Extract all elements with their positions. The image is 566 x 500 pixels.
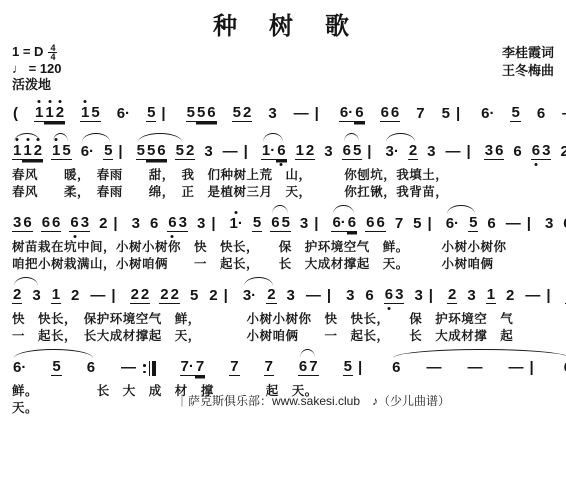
- note: 5: [136, 143, 146, 160]
- note: 1: [80, 105, 90, 122]
- note: 3: [178, 215, 188, 232]
- note: 3: [80, 215, 90, 232]
- lyrics-verse-1: 快 快长， 保护环境空气 鲜， 小树小树你 快 快长， 保 护环境空 气: [12, 311, 554, 328]
- note: 2: [266, 287, 276, 304]
- duration-dash: —: [445, 144, 462, 160]
- barline: |: [427, 216, 433, 232]
- note: 6: [562, 216, 566, 232]
- note: 7: [264, 359, 274, 376]
- barline: |: [428, 288, 434, 304]
- note: 6: [342, 143, 352, 160]
- note: 2: [185, 143, 195, 160]
- note: 3: [426, 144, 436, 160]
- note: 1: [12, 143, 22, 160]
- expression-marking: 活泼地: [12, 77, 62, 93]
- barline: |: [545, 288, 551, 304]
- note: 3: [544, 216, 554, 232]
- note: 3: [31, 288, 41, 304]
- note: 1: [51, 143, 61, 160]
- note: 1: [22, 143, 32, 160]
- note: 5: [103, 143, 113, 160]
- note: 6: [22, 215, 32, 232]
- note: 3: [203, 144, 213, 160]
- note: 5: [441, 106, 451, 122]
- note: 5: [196, 105, 206, 122]
- lyricist-credit: 李桂霞词: [502, 44, 554, 62]
- barline: |: [112, 216, 118, 232]
- note: 3·: [384, 144, 399, 160]
- barline: |: [357, 360, 363, 376]
- lyrics-verse-2: 咱把小树栽满山，小树咱俩 一 起长， 长 大成材撑起 天。 小树咱俩: [12, 256, 554, 273]
- barline: |: [313, 216, 319, 232]
- note: 6: [69, 215, 79, 232]
- note: 6·: [12, 360, 27, 376]
- note: 6: [494, 143, 504, 160]
- note: 2: [242, 105, 252, 122]
- slur-arc: [263, 133, 283, 142]
- note: 5: [343, 359, 353, 376]
- note: 3: [466, 288, 476, 304]
- note: 7·: [180, 359, 195, 376]
- note: 3: [12, 215, 22, 232]
- note: 3: [299, 216, 309, 232]
- note: 6·: [331, 215, 346, 232]
- duration-dash: —: [222, 144, 239, 160]
- barline: |: [526, 216, 532, 232]
- note: 2: [12, 287, 22, 304]
- time-signature: 44: [48, 44, 57, 61]
- slur-arc: [344, 133, 359, 142]
- duration-dash: —: [425, 360, 442, 376]
- note: 5: [232, 105, 242, 122]
- note: 3: [484, 143, 494, 160]
- barline: |: [528, 360, 534, 376]
- note: 1: [486, 287, 496, 304]
- note: 6: [364, 288, 374, 304]
- notation-row: 3666632|36633|1·5653|6·66675|6·56—|36633…: [12, 203, 554, 239]
- note: 2: [33, 143, 43, 160]
- note: 6: [380, 105, 390, 122]
- music-system-2: 112156·5|556523—|1·612365|3·23—|366632| …: [12, 131, 554, 201]
- note: 5: [146, 105, 156, 122]
- note: 6: [391, 360, 401, 376]
- note: 5: [51, 359, 61, 376]
- duration-dash: —: [293, 106, 310, 122]
- barline: |: [366, 144, 372, 160]
- sheet-music-page: 种 树 歌 1 = D44 ♩ = 120 活泼地 李桂霞词 王冬梅曲 (112…: [0, 0, 566, 417]
- note: 2: [130, 287, 140, 304]
- notation-row: 2312—|222252|3·23—|36633|2312—|7·777675|: [12, 275, 554, 311]
- note: 3: [196, 216, 206, 232]
- slur-arc: [386, 133, 415, 142]
- barline: |: [117, 144, 123, 160]
- note: 6: [375, 215, 385, 232]
- parenthesis: (: [12, 106, 19, 122]
- note: 6: [365, 215, 375, 232]
- lyrics-verse-2: 春风 柔， 春雨 绵， 正 是植树三月 天， 你扛锹，我背苗，: [12, 184, 554, 201]
- note: 3·: [242, 288, 257, 304]
- note: 5: [468, 215, 478, 232]
- duration-dash: —: [505, 216, 522, 232]
- music-system-4: 2312—|222252|3·23—|36633|2312—|7·777675|…: [12, 275, 554, 345]
- note: 6: [206, 105, 216, 122]
- note: 5: [186, 105, 196, 122]
- notation-row: (112156·5|556523—|6·66675|6·56—)|: [12, 93, 554, 129]
- note: 6: [384, 287, 394, 304]
- note: 6: [512, 144, 522, 160]
- notation-row: 6·56—7·777675|6———|6000: [12, 347, 554, 383]
- note: 1·: [261, 143, 276, 160]
- note: 7: [195, 359, 205, 376]
- footer-watermark: ｜萨克斯俱乐部：www.sakesi.club ♪（少儿曲谱）: [0, 386, 566, 417]
- note: 5: [352, 143, 362, 160]
- note: 7: [415, 106, 425, 122]
- note: 6: [486, 216, 496, 232]
- note: 2: [408, 143, 418, 160]
- note: 6: [51, 215, 61, 232]
- key-signature: 1 = D44: [12, 44, 62, 61]
- note: 5: [412, 216, 422, 232]
- note: 5: [189, 288, 199, 304]
- note: 6: [149, 216, 159, 232]
- slur-arc: [138, 133, 182, 142]
- slur-arc: [14, 133, 40, 142]
- note: 2: [505, 288, 515, 304]
- barline: |: [326, 288, 332, 304]
- note: 2: [159, 287, 169, 304]
- note: 3: [267, 106, 277, 122]
- note: 1: [44, 105, 54, 122]
- note: 1: [295, 143, 305, 160]
- note: 2: [140, 287, 150, 304]
- duration-dash: —: [561, 106, 566, 122]
- duration-dash: —: [120, 360, 137, 376]
- note: 5: [90, 105, 100, 122]
- note: 5: [146, 143, 156, 160]
- note: 6: [270, 215, 280, 232]
- note: 6: [41, 215, 51, 232]
- note: 2: [447, 287, 457, 304]
- duration-dash: —: [89, 288, 106, 304]
- note: 1: [51, 287, 61, 304]
- note: 6: [298, 359, 308, 376]
- score-header: 1 = D44 ♩ = 120 活泼地 李桂霞词 王冬梅曲: [12, 44, 554, 93]
- lyrics-verse-2: 一 起长， 长大成材撑起 天， 小树咱俩 一 起长， 长 大成材撑 起: [12, 328, 554, 345]
- note: 3: [323, 144, 333, 160]
- barline: |: [110, 288, 116, 304]
- barline: |: [466, 144, 472, 160]
- note: 3: [131, 216, 141, 232]
- barline: |: [210, 216, 216, 232]
- duration-dash: —: [305, 288, 322, 304]
- composer-credit: 王冬梅曲: [502, 62, 554, 80]
- note: 2: [70, 288, 80, 304]
- note: 6: [156, 143, 166, 160]
- slur-arc: [82, 133, 110, 142]
- duration-dash: —: [524, 288, 541, 304]
- music-system-3: 3666632|36633|1·5653|6·66675|6·56—|36633…: [12, 203, 554, 273]
- slur-arc: [244, 277, 273, 286]
- note: 5: [252, 215, 262, 232]
- note: 7: [308, 359, 318, 376]
- note: 2: [208, 288, 218, 304]
- slur-arc: [272, 205, 288, 214]
- note: 6: [167, 215, 177, 232]
- note: 2: [170, 287, 180, 304]
- note: 6: [354, 105, 364, 122]
- note: 2: [55, 105, 65, 122]
- key-tempo-block: 1 = D44 ♩ = 120 活泼地: [12, 44, 62, 93]
- note: 2: [559, 144, 566, 160]
- note: 6: [276, 143, 286, 160]
- note: 6: [531, 143, 541, 160]
- note: 7: [229, 359, 239, 376]
- barline: |: [160, 106, 166, 122]
- song-title: 种 树 歌: [12, 6, 554, 41]
- note: 5: [510, 105, 520, 122]
- note: 3: [541, 143, 551, 160]
- barline: |: [243, 144, 249, 160]
- slur-arc: [53, 133, 68, 142]
- notation-row: 112156·5|556523—|1·612365|3·23—|366632|: [12, 131, 554, 167]
- duration-dash: —: [507, 360, 524, 376]
- note: 6: [390, 105, 400, 122]
- music-system-intro: (112156·5|556523—|6·66675|6·56—)|: [12, 93, 554, 129]
- barline: |: [455, 106, 461, 122]
- slur-arc: [333, 205, 354, 214]
- note: 2: [98, 216, 108, 232]
- note: 1: [34, 105, 44, 122]
- note: 2: [305, 143, 315, 160]
- note: 6: [86, 360, 96, 376]
- lyrics-verse-1: 春风 暖， 春雨 甜， 我 们种树上荒 山， 你刨坑，我填土，: [12, 167, 554, 184]
- slur-arc: [14, 349, 93, 358]
- note: 3: [413, 288, 423, 304]
- slur-arc: [393, 349, 566, 358]
- slur-arc: [300, 349, 315, 358]
- note: 1·: [229, 216, 244, 232]
- note: 6: [347, 215, 357, 232]
- barline: |: [223, 288, 229, 304]
- note: 7: [394, 216, 404, 232]
- note: 5: [61, 143, 71, 160]
- note: 3: [345, 288, 355, 304]
- note: 3: [394, 287, 404, 304]
- note: 3: [286, 288, 296, 304]
- tempo-marking: ♩ = 120: [12, 61, 62, 77]
- note: 6·: [80, 144, 95, 160]
- note: 6·: [116, 106, 131, 122]
- duration-dash: —: [466, 360, 483, 376]
- slur-arc: [14, 277, 38, 286]
- barline: |: [314, 106, 320, 122]
- note: 6·: [480, 106, 495, 122]
- credits: 李桂霞词 王冬梅曲: [502, 44, 554, 80]
- note: 6·: [445, 216, 460, 232]
- repeat-sign: [143, 361, 156, 376]
- note: 5: [175, 143, 185, 160]
- note: 5: [281, 215, 291, 232]
- note: 6: [536, 106, 546, 122]
- note: 6·: [339, 105, 354, 122]
- slur-arc: [447, 205, 475, 214]
- lyrics-verse-1: 树苗栽在坑中间，小树小树你 快 快长， 保 护环境空气 鲜。 小树小树你: [12, 239, 554, 256]
